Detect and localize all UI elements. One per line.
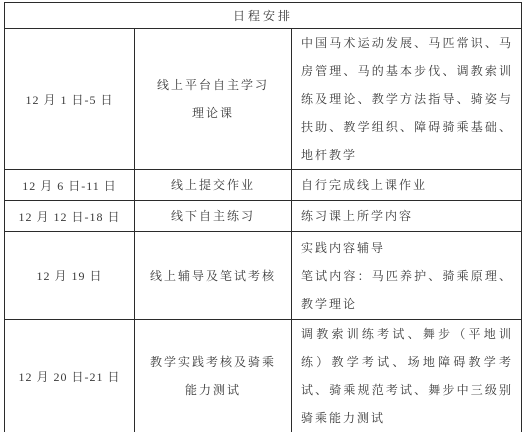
activity-cell: 教学实践考核及骑乘 能力测试 xyxy=(135,320,292,432)
date-cell: 12 月 1 日-5 日 xyxy=(5,29,135,170)
document-page: 日程安排 12 月 1 日-5 日 线上平台自主学习 理论课 中国马术运动发展、… xyxy=(0,0,526,432)
schedule-table: 日程安排 12 月 1 日-5 日 线上平台自主学习 理论课 中国马术运动发展、… xyxy=(4,2,522,432)
activity-cell: 线下自主练习 xyxy=(135,201,292,232)
date-cell: 12 月 20 日-21 日 xyxy=(5,320,135,432)
table-row: 12 月 6 日-11 日 线上提交作业 自行完成线上课作业 xyxy=(5,170,522,201)
date-cell: 12 月 19 日 xyxy=(5,232,135,320)
date-cell: 12 月 6 日-11 日 xyxy=(5,170,135,201)
content-cell: 调教索训练考试、舞步（平地训练）教学考试、场地障碍教学考试、骑乘规范考试、舞步中… xyxy=(292,320,522,432)
content-cell: 中国马术运动发展、马匹常识、马房管理、马的基本步伐、调教索训练及理论、教学方法指… xyxy=(292,29,522,170)
table-row: 12 月 1 日-5 日 线上平台自主学习 理论课 中国马术运动发展、马匹常识、… xyxy=(5,29,522,170)
table-row: 12 月 19 日 线上辅导及笔试考核 实践内容辅导 笔试内容：马匹养护、骑乘原… xyxy=(5,232,522,320)
activity-cell: 线上辅导及笔试考核 xyxy=(135,232,292,320)
table-title: 日程安排 xyxy=(5,3,522,29)
activity-cell: 线上提交作业 xyxy=(135,170,292,201)
date-cell: 12 月 12 日-18 日 xyxy=(5,201,135,232)
content-cell: 自行完成线上课作业 xyxy=(292,170,522,201)
table-row: 12 月 20 日-21 日 教学实践考核及骑乘 能力测试 调教索训练考试、舞步… xyxy=(5,320,522,432)
content-cell: 练习课上所学内容 xyxy=(292,201,522,232)
table-row: 12 月 12 日-18 日 线下自主练习 练习课上所学内容 xyxy=(5,201,522,232)
activity-cell: 线上平台自主学习 理论课 xyxy=(135,29,292,170)
table-title-row: 日程安排 xyxy=(5,3,522,29)
content-cell: 实践内容辅导 笔试内容：马匹养护、骑乘原理、教学理论 xyxy=(292,232,522,320)
